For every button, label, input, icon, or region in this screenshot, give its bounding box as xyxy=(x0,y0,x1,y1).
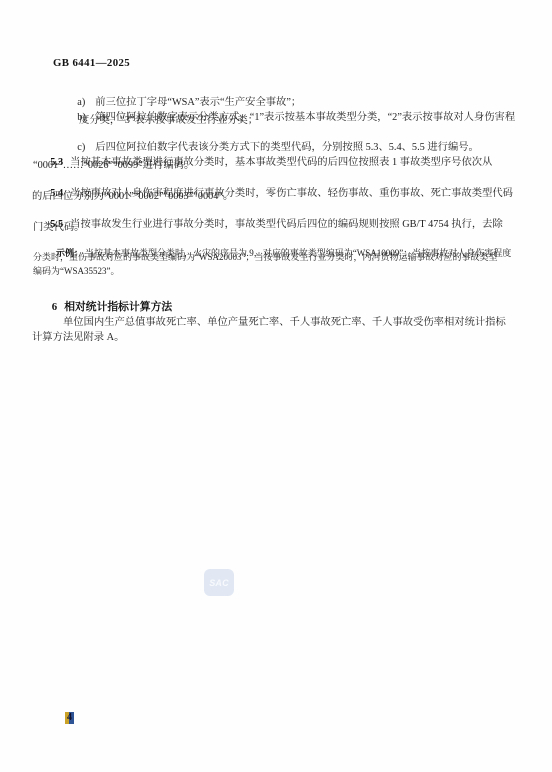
list-item-b-text-line2: 度分类，“3”表示按事故发生行业分类； xyxy=(79,115,258,127)
example-text-line3: 编码为“WSA35523”。 xyxy=(33,266,120,277)
page-number-highlight: 4 xyxy=(65,712,74,724)
sac-watermark: SAC xyxy=(204,569,234,596)
document-page: GB 6441—2025 a)前三位拉丁字母“WSA”表示“生产安全事故”； b… xyxy=(0,0,552,772)
document-header: GB 6441—2025 xyxy=(53,57,130,69)
example-text-line2: 分类时，重伤事故对应的事故类型编码为“WSA20003”；当按事故发生行业分类时… xyxy=(33,252,498,263)
section-6-number: 6 xyxy=(52,301,57,313)
section-6-title: 相对统计指标计算方法 xyxy=(64,301,172,313)
section-6-paragraph-line2: 计算方法见附录 A。 xyxy=(32,332,124,344)
clause-5-5-text-line2: 门类代码。 xyxy=(33,222,84,234)
clause-5-3-text-line2: “0001”……“0026”“0099”进行编码。 xyxy=(33,160,194,172)
page-number: 4 xyxy=(67,712,72,724)
clause-5-5-text-line1: 当按事故发生行业进行事故分类时，事故类型代码后四位的编码规则按照 GB/T 47… xyxy=(70,219,503,230)
sac-watermark-text: SAC xyxy=(209,578,229,588)
section-6-paragraph-line1: 单位国内生产总值事故死亡率、单位产量死亡率、千人事故死亡率、千人事故受伤率相对统… xyxy=(63,317,506,329)
clause-5-4-text-line2: 的后四位分别为“0001”“0002”“0003”“0004”。 xyxy=(32,191,233,203)
